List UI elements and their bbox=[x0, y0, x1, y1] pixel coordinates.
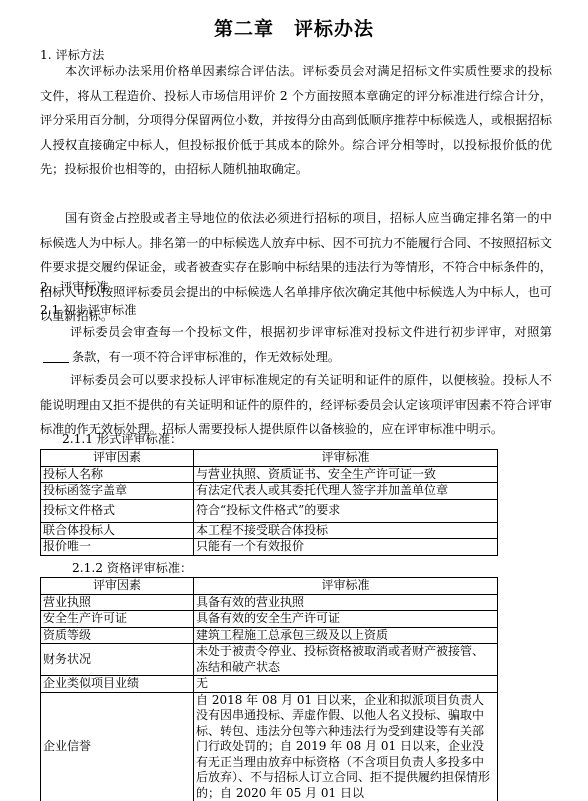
column-header: 评审标准 bbox=[194, 578, 498, 595]
table-row: 财务状况 未处于被责令停业、投标资格被取消或者财产被接管、冻结和破产状态 bbox=[41, 644, 498, 676]
review-standard: 只能有一个有效报价 bbox=[194, 539, 498, 556]
table-row: 投标人名称 与营业执照、资质证书、安全生产许可证一致 bbox=[41, 466, 498, 483]
review-standard: 未处于被责令停业、投标资格被取消或者财产被接管、冻结和破产状态 bbox=[194, 644, 498, 676]
review-standard: 具备有效的安全生产许可证 bbox=[194, 611, 498, 628]
table-row: 投标文件格式 符合“投标文件格式”的要求 bbox=[41, 499, 498, 522]
review-factor: 营业执照 bbox=[41, 594, 194, 611]
table-row: 企业信誉 自 2018 年 08 月 01 日以来，企业和拟派项目负责人没有因串… bbox=[41, 692, 498, 801]
review-factor: 安全生产许可证 bbox=[41, 611, 194, 628]
review-standard: 有法定代表人或其委托代理人签字并加盖单位章 bbox=[194, 483, 498, 500]
review-factor: 报价唯一 bbox=[41, 539, 194, 556]
review-factor: 投标文件格式 bbox=[41, 499, 194, 522]
review-standard: 建筑工程施工总承包三级及以上资质 bbox=[194, 627, 498, 644]
review-factor: 财务状况 bbox=[41, 644, 194, 676]
section1-paragraph-1: 本次评标办法采用价格单因素综合评估法。评标委员会对满足招标文件实质性要求的投标文… bbox=[40, 59, 552, 182]
formal-review-table: 评审因素 评审标准 投标人名称 与营业执照、资质证书、安全生产许可证一致 投标函… bbox=[40, 449, 498, 556]
table1-caption: 2.1.1 形式评审标准： bbox=[62, 431, 182, 447]
review-standard: 符合“投标文件格式”的要求 bbox=[194, 499, 498, 522]
table-row: 企业类似项目业绩 无 bbox=[41, 676, 498, 693]
table-row: 报价唯一 只能有一个有效报价 bbox=[41, 539, 498, 556]
table-row: 联合体投标人 本工程不接受联合体投标 bbox=[41, 522, 498, 539]
review-factor: 企业信誉 bbox=[41, 692, 194, 801]
qualification-review-table: 评审因素 评审标准 营业执照 具备有效的营业执照 安全生产许可证 具备有效的安全… bbox=[40, 577, 498, 801]
chapter-title: 第二章评标办法 bbox=[0, 14, 588, 41]
table-header-row: 评审因素 评审标准 bbox=[41, 578, 498, 595]
section2-heading: 2、评审标准 bbox=[40, 279, 109, 295]
review-factor: 联合体投标人 bbox=[41, 522, 194, 539]
table2-caption: 2.1.2 资格评审标准： bbox=[72, 560, 192, 576]
review-factor: 投标人名称 bbox=[41, 466, 194, 483]
review-standard: 无 bbox=[194, 676, 498, 693]
review-standard: 与营业执照、资质证书、安全生产许可证一致 bbox=[194, 466, 498, 483]
review-standard: 具备有效的营业执照 bbox=[194, 594, 498, 611]
review-standard: 本工程不接受联合体投标 bbox=[194, 522, 498, 539]
column-header: 评审标准 bbox=[194, 450, 498, 467]
table-row: 资质等级 建筑工程施工总承包三级及以上资质 bbox=[41, 627, 498, 644]
review-factor: 资质等级 bbox=[41, 627, 194, 644]
table-header-row: 评审因素 评审标准 bbox=[41, 450, 498, 467]
review-factor: 企业类似项目业绩 bbox=[41, 676, 194, 693]
table-row: 投标函签字盖章 有法定代表人或其委托代理人签字并加盖单位章 bbox=[41, 483, 498, 500]
table-row: 营业执照 具备有效的营业执照 bbox=[41, 594, 498, 611]
review-standard: 自 2018 年 08 月 01 日以来，企业和拟派项目负责人没有因串通投标、弄… bbox=[194, 692, 498, 801]
column-header: 评审因素 bbox=[41, 450, 194, 467]
document-page: 第二章评标办法 1. 评标方法 本次评标办法采用价格单因素综合评估法。评标委员会… bbox=[0, 0, 588, 801]
section2-paragraph-1: 评标委员会审查每一个投标文件，根据初步评审标准对投标文件进行初步评审，对照第条款… bbox=[40, 320, 552, 369]
review-factor: 投标函签字盖章 bbox=[41, 483, 194, 500]
article-number-blank bbox=[43, 350, 69, 363]
column-header: 评审因素 bbox=[41, 578, 194, 595]
table-row: 安全生产许可证 具备有效的安全生产许可证 bbox=[41, 611, 498, 628]
chapter-name: 评标办法 bbox=[294, 18, 374, 40]
chapter-number: 第二章 bbox=[214, 18, 274, 40]
subsection-2-1-heading: 2.1 初步评审标准 bbox=[40, 302, 136, 318]
